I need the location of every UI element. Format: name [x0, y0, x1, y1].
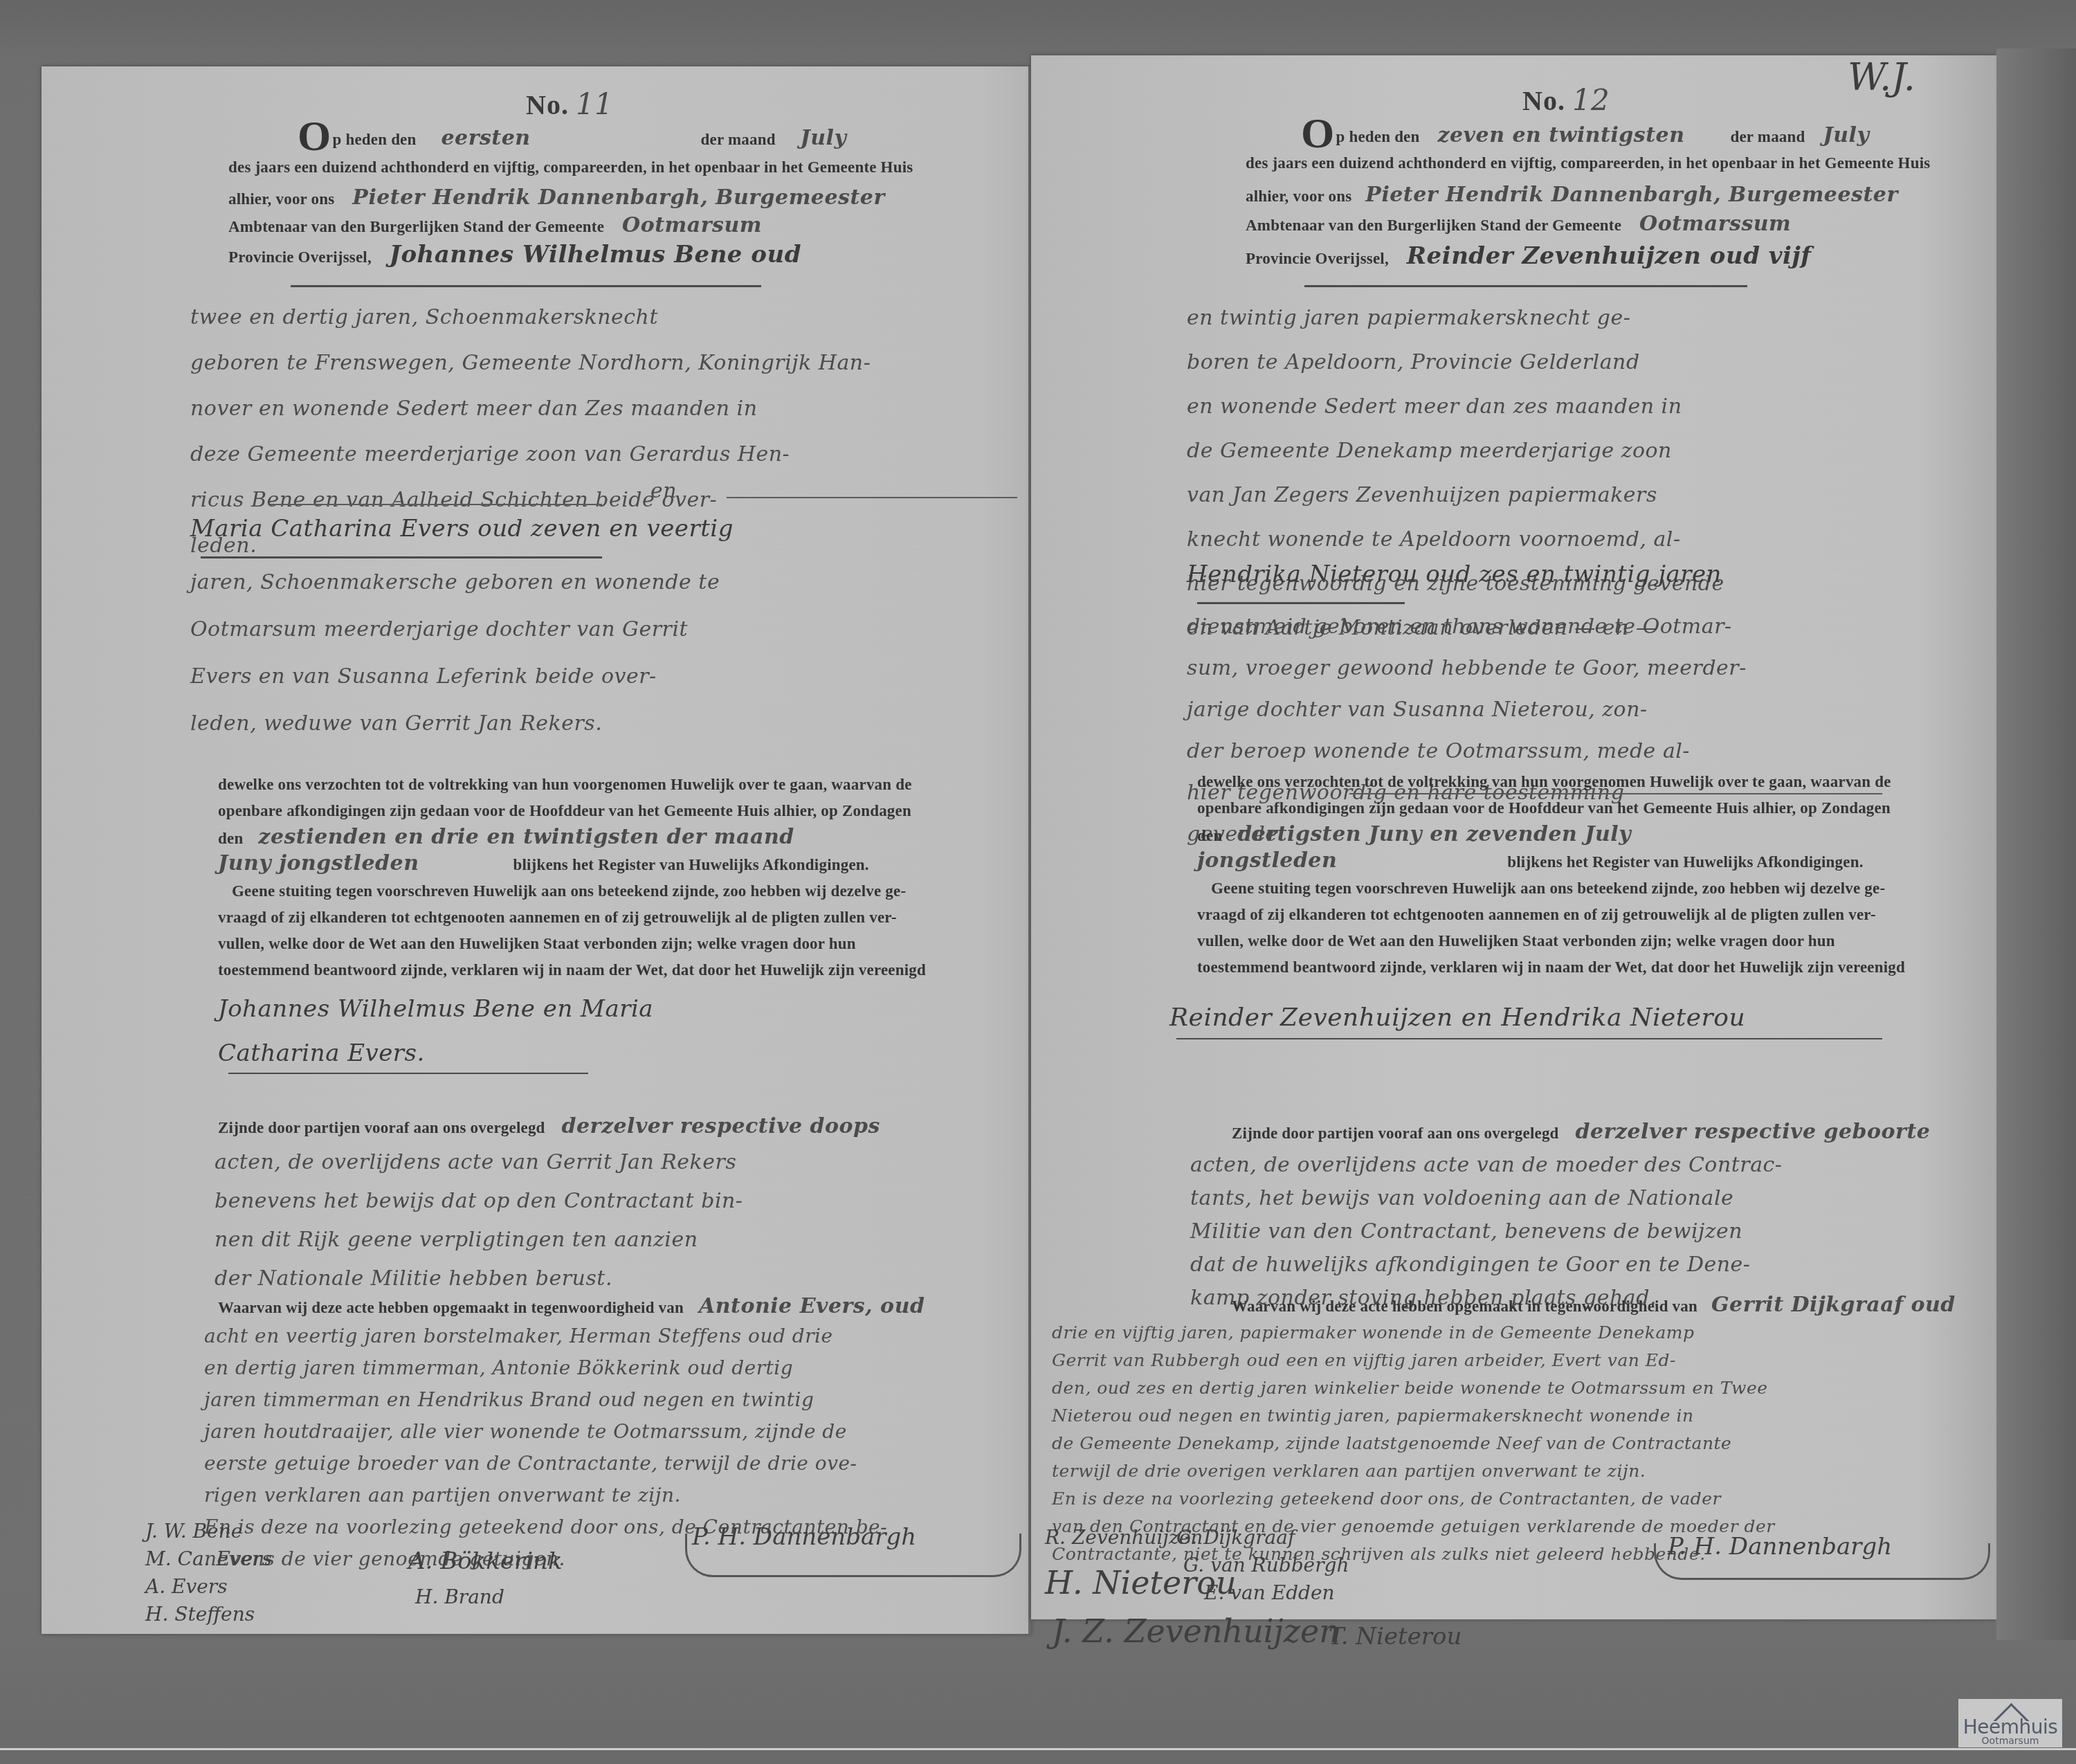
signature-witness-4: H. Brand	[415, 1585, 504, 1608]
groom-details: en twintig jaren papiermakersknecht ge- …	[1187, 296, 1724, 651]
signature-witness-3: E. van Edden	[1204, 1581, 1335, 1604]
united-names: Reinder Zevenhuijzen en Hendrika Nietero…	[1169, 1003, 1745, 1032]
left-page-act-11: No.11 Op heden den eersten der maand Jul…	[42, 66, 1031, 1634]
signature-flourish	[685, 1534, 1021, 1577]
signature-flourish	[1654, 1543, 1990, 1580]
official-name: Pieter Hendrik Dannenbargh, Burgemeester	[1365, 183, 1897, 207]
groom-name: Johannes Wilhelmus Bene oud	[390, 241, 801, 269]
signature-groom: J. W. Bene	[145, 1520, 242, 1543]
signature-bride: M. Ca. Evers	[145, 1547, 272, 1570]
signature-witness-3: A. Bökkerink	[408, 1547, 563, 1575]
municipality-name: Ootmarssum	[1639, 212, 1791, 236]
municipality-name: Ootmarsum	[622, 213, 762, 237]
documents-line: Zijnde door partijen vooraf aan ons over…	[218, 1107, 880, 1147]
documents-details: acten, de overlijdens acte van Gerrit Ja…	[215, 1143, 743, 1298]
conjunction-en: en	[650, 479, 677, 503]
signature-witness-4: T. Nieterou	[1329, 1623, 1462, 1651]
signature-father: J. Z. Zevenhuijzen	[1052, 1612, 1340, 1650]
groom-name: Reinder Zevenhuijzen oud vijf	[1407, 242, 1812, 270]
signature-witness-2: H. Steffens	[145, 1603, 255, 1626]
month-value: July	[801, 126, 847, 150]
bride-name: Hendrika Nieterou oud zes en twintig jar…	[1187, 561, 1722, 588]
bride-underline	[201, 556, 602, 558]
folio-mark: W.J.	[1848, 55, 1915, 99]
heemhuis-watermark: Heemhuis Ootmarsum	[1958, 1699, 2062, 1747]
united-names: Johannes Wilhelmus Bene en Maria Cathari…	[218, 987, 653, 1075]
scan-border	[0, 1748, 2076, 1750]
groom-underline	[291, 285, 761, 287]
signature-witness-1: A. Evers	[145, 1575, 228, 1598]
bride-name: Maria Catharina Evers oud zeven en veert…	[190, 515, 734, 543]
day-value: eersten	[441, 126, 530, 150]
book-edge	[1996, 48, 2076, 1640]
province-line: Provincie Overijssel, Johannes Wilhelmus…	[228, 235, 801, 277]
signature-witness-1: G. Dijkgraaf	[1176, 1526, 1295, 1549]
right-page-act-12: W.J. No.12 Op heden den zeven en twintig…	[1031, 55, 1996, 1619]
bride-details: jaren, Schoenmakersche geboren en wonend…	[190, 559, 720, 747]
